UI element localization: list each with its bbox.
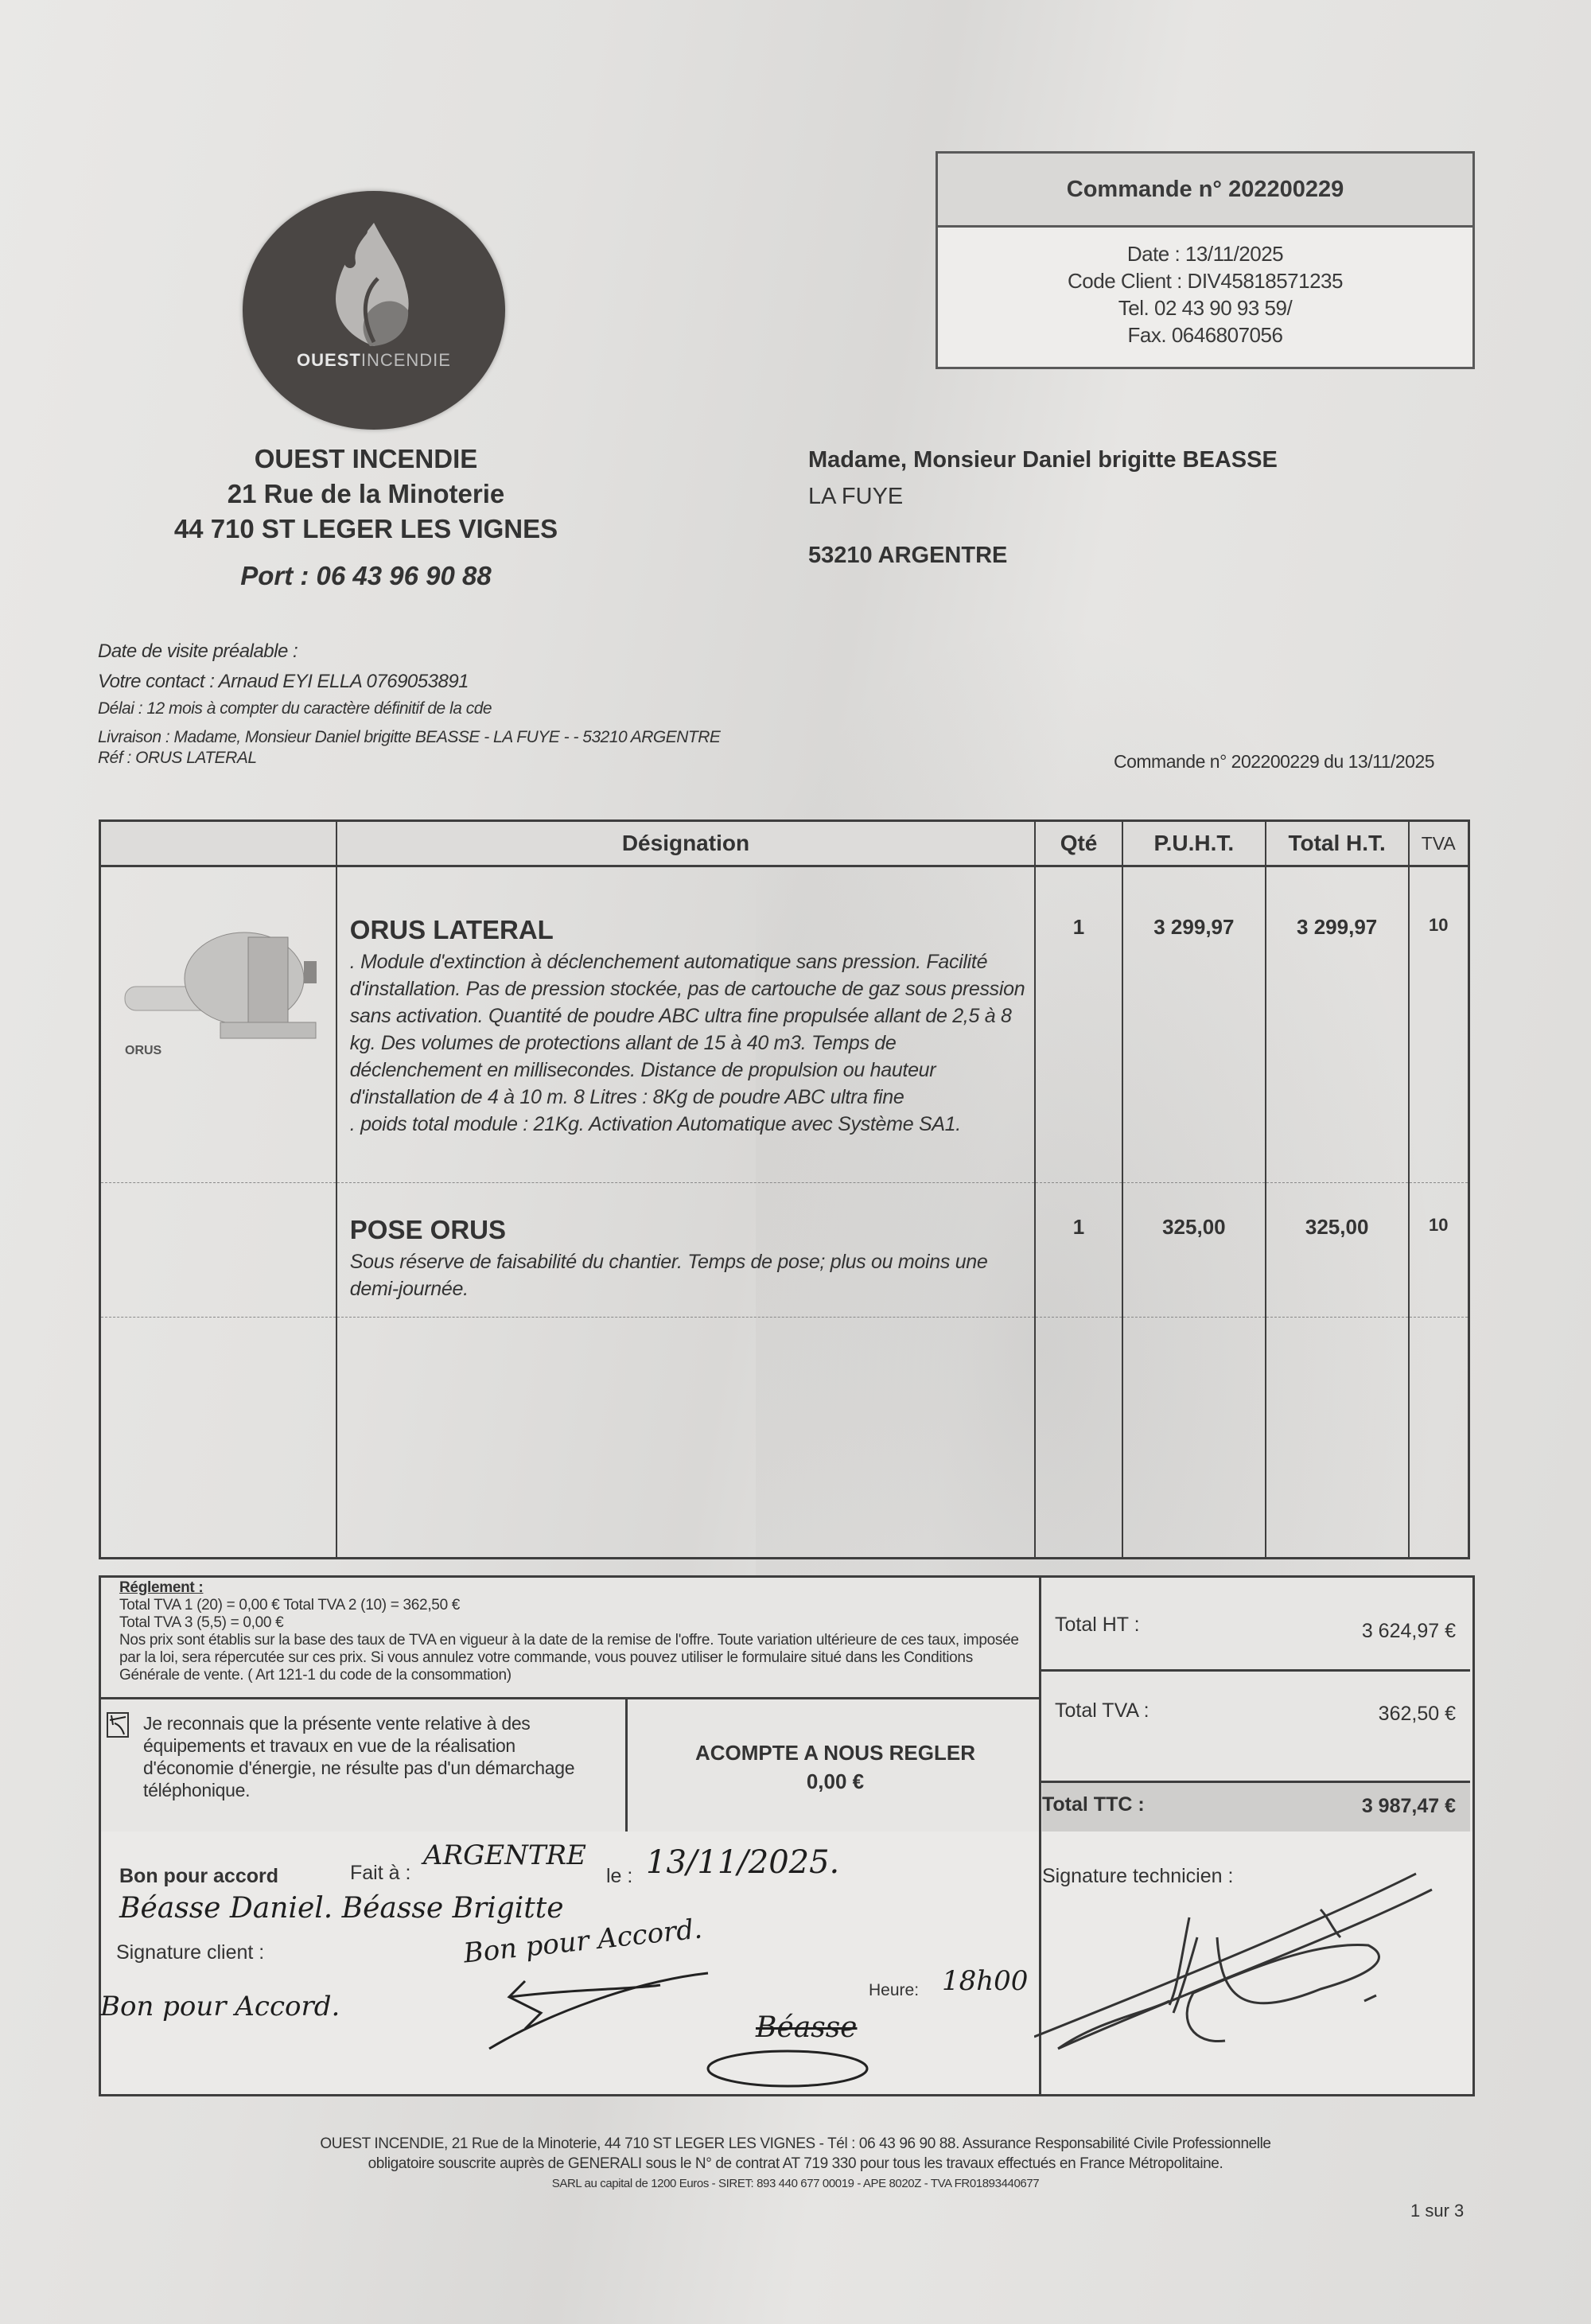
header-tva: TVA — [1409, 821, 1469, 866]
item-total: 325,00 — [1266, 1183, 1409, 1318]
extinguisher-module-icon — [101, 867, 336, 1106]
footer-line-2: obligatoire souscrite auprès de GENERALI… — [159, 2154, 1432, 2174]
table-filler — [100, 1318, 1469, 1559]
client-address: Madame, Monsieur Daniel brigitte BEASSE … — [808, 442, 1278, 574]
signature-client-label: Signature client : — [116, 1941, 264, 1964]
acompte-block: ACOMPTE A NOUS REGLER 0,00 € — [628, 1738, 1042, 1796]
header-total: Total H.T. — [1266, 821, 1409, 866]
divider — [1039, 1781, 1470, 1783]
company-logo: OUESTINCENDIE — [243, 191, 505, 430]
technician-signature-icon — [1034, 1862, 1480, 2092]
divider — [1039, 1669, 1470, 1672]
company-city: 44 710 ST LEGER LES VIGNES — [159, 512, 573, 547]
company-address: OUEST INCENDIE 21 Rue de la Minoterie 44… — [159, 442, 573, 547]
product-image: ORUS — [100, 866, 336, 1183]
acompte-label: ACOMPTE A NOUS REGLER — [628, 1738, 1042, 1767]
product-brand: ORUS — [125, 1044, 161, 1058]
heure-value[interactable]: 18h00 — [942, 1965, 1028, 1997]
total-tva-value: 362,50 € — [1217, 1703, 1456, 1726]
client-street: LA FUYE — [808, 478, 1278, 515]
client-names-handwritten[interactable]: Béasse Daniel. Béasse Brigitte — [119, 1892, 564, 1925]
item-qty: 1 — [1035, 866, 1122, 1183]
delay: Délai : 12 mois à compter du caractère d… — [98, 697, 720, 721]
item-unit-price: 3 299,97 — [1122, 866, 1266, 1183]
order-number: Commande n° 202200229 — [938, 154, 1472, 228]
header-unit-price: P.U.H.T. — [1122, 821, 1266, 866]
total-ttc-value: 3 987,47 € — [1217, 1795, 1456, 1818]
acknowledgement-checkbox[interactable] — [107, 1712, 129, 1738]
table-header: Désignation Qté P.U.H.T. Total H.T. TVA — [100, 821, 1469, 866]
divider — [99, 1697, 1041, 1699]
total-ht-label: Total HT : — [1055, 1614, 1140, 1637]
item-description: Sous réserve de faisabilité du chantier.… — [350, 1248, 1026, 1302]
page-number: 1 sur 3 — [1410, 2201, 1464, 2221]
tva-notice: Nos prix sont établis sur la base des ta… — [119, 1632, 1034, 1684]
reglement-block: Réglement : Total TVA 1 (20) = 0,00 € To… — [119, 1579, 1034, 1684]
item-designation: ORUS LATERAL . Module d'extinction à déc… — [336, 866, 1035, 1183]
logo-text: OUESTINCENDIE — [243, 350, 505, 371]
visit-date: Date de visite préalable : — [98, 636, 720, 667]
item-total: 3 299,97 — [1266, 866, 1409, 1183]
item-qty: 1 — [1035, 1183, 1122, 1318]
client-signature-scribble-icon — [477, 1965, 891, 2092]
check-mark-icon — [108, 1714, 127, 1736]
header-qty: Qté — [1035, 821, 1122, 866]
order-meta: Date de visite préalable : Votre contact… — [98, 636, 720, 767]
company-name: OUEST INCENDIE — [159, 442, 573, 477]
acknowledgement-text: Je reconnais que la présente vente relat… — [143, 1712, 589, 1801]
divider — [625, 1697, 628, 1832]
flame-drop-icon — [243, 191, 505, 430]
order-info-box: Commande n° 202200229 Date : 13/11/2025 … — [936, 151, 1475, 369]
total-ht-value: 3 624,97 € — [1217, 1620, 1456, 1643]
company-street: 21 Rue de la Minoterie — [159, 477, 573, 512]
item-title: ORUS LATERAL — [350, 915, 1026, 945]
table-row: ORUS ORUS LATERAL . Module d'extinction … — [100, 866, 1469, 1183]
item-description: . Module d'extinction à déclenchement au… — [350, 948, 1026, 1111]
le-value[interactable]: 13/11/2025. — [646, 1844, 839, 1881]
delivery: Livraison : Madame, Monsieur Daniel brig… — [98, 726, 720, 749]
client-name: Madame, Monsieur Daniel brigitte BEASSE — [808, 442, 1278, 478]
le-label: le : — [606, 1865, 632, 1888]
header-image — [100, 821, 336, 866]
company-phone: Port : 06 43 96 90 88 — [159, 561, 573, 591]
reglement-title: Réglement : — [119, 1579, 1034, 1597]
tva-breakdown-2: Total TVA 3 (5,5) = 0,00 € — [119, 1614, 1034, 1632]
item-unit-price: 325,00 — [1122, 1183, 1266, 1318]
page-footer: OUEST INCENDIE, 21 Rue de la Minoterie, … — [159, 2134, 1432, 2194]
client-code: Code Client : DIV45818571235 — [938, 267, 1472, 294]
tva-breakdown-1: Total TVA 1 (20) = 0,00 € Total TVA 2 (1… — [119, 1597, 1034, 1614]
handwritten-accord-1[interactable]: Bon pour Accord. — [100, 1991, 340, 2022]
order-fax: Fax. 0646807056 — [938, 321, 1472, 348]
items-table: Désignation Qté P.U.H.T. Total H.T. TVA … — [99, 819, 1470, 1559]
item-description-2: . poids total module : 21Kg. Activation … — [350, 1111, 1026, 1138]
table-row: POSE ORUS Sous réserve de faisabilité du… — [100, 1183, 1469, 1318]
order-tel: Tel. 02 43 90 93 59/ — [938, 294, 1472, 321]
reference: Réf : ORUS LATERAL — [98, 749, 720, 767]
header-designation: Désignation — [336, 821, 1035, 866]
order-reference: Commande n° 202200229 du 13/11/2025 — [1114, 751, 1434, 773]
item-tva: 10 — [1409, 866, 1469, 1183]
total-ttc-label: Total TTC : — [1042, 1793, 1145, 1816]
item-tva: 10 — [1409, 1183, 1469, 1318]
order-date: Date : 13/11/2025 — [938, 240, 1472, 267]
client-city: 53210 ARGENTRE — [808, 537, 1278, 574]
acompte-value: 0,00 € — [628, 1767, 1042, 1796]
contact: Votre contact : Arnaud EYI ELLA 07690538… — [98, 667, 720, 697]
bon-pour-accord-label: Bon pour accord — [119, 1865, 278, 1888]
total-tva-label: Total TVA : — [1055, 1699, 1149, 1723]
footer-line-3: SARL au capital de 1200 Euros - SIRET: 8… — [159, 2174, 1432, 2194]
fait-a-value[interactable]: ARGENTRE — [423, 1839, 586, 1871]
item-designation: POSE ORUS Sous réserve de faisabilité du… — [336, 1183, 1035, 1318]
fait-a-label: Fait à : — [350, 1862, 410, 1885]
footer-line-1: OUEST INCENDIE, 21 Rue de la Minoterie, … — [159, 2134, 1432, 2154]
empty-image-cell — [100, 1183, 336, 1318]
item-title: POSE ORUS — [350, 1215, 1026, 1245]
